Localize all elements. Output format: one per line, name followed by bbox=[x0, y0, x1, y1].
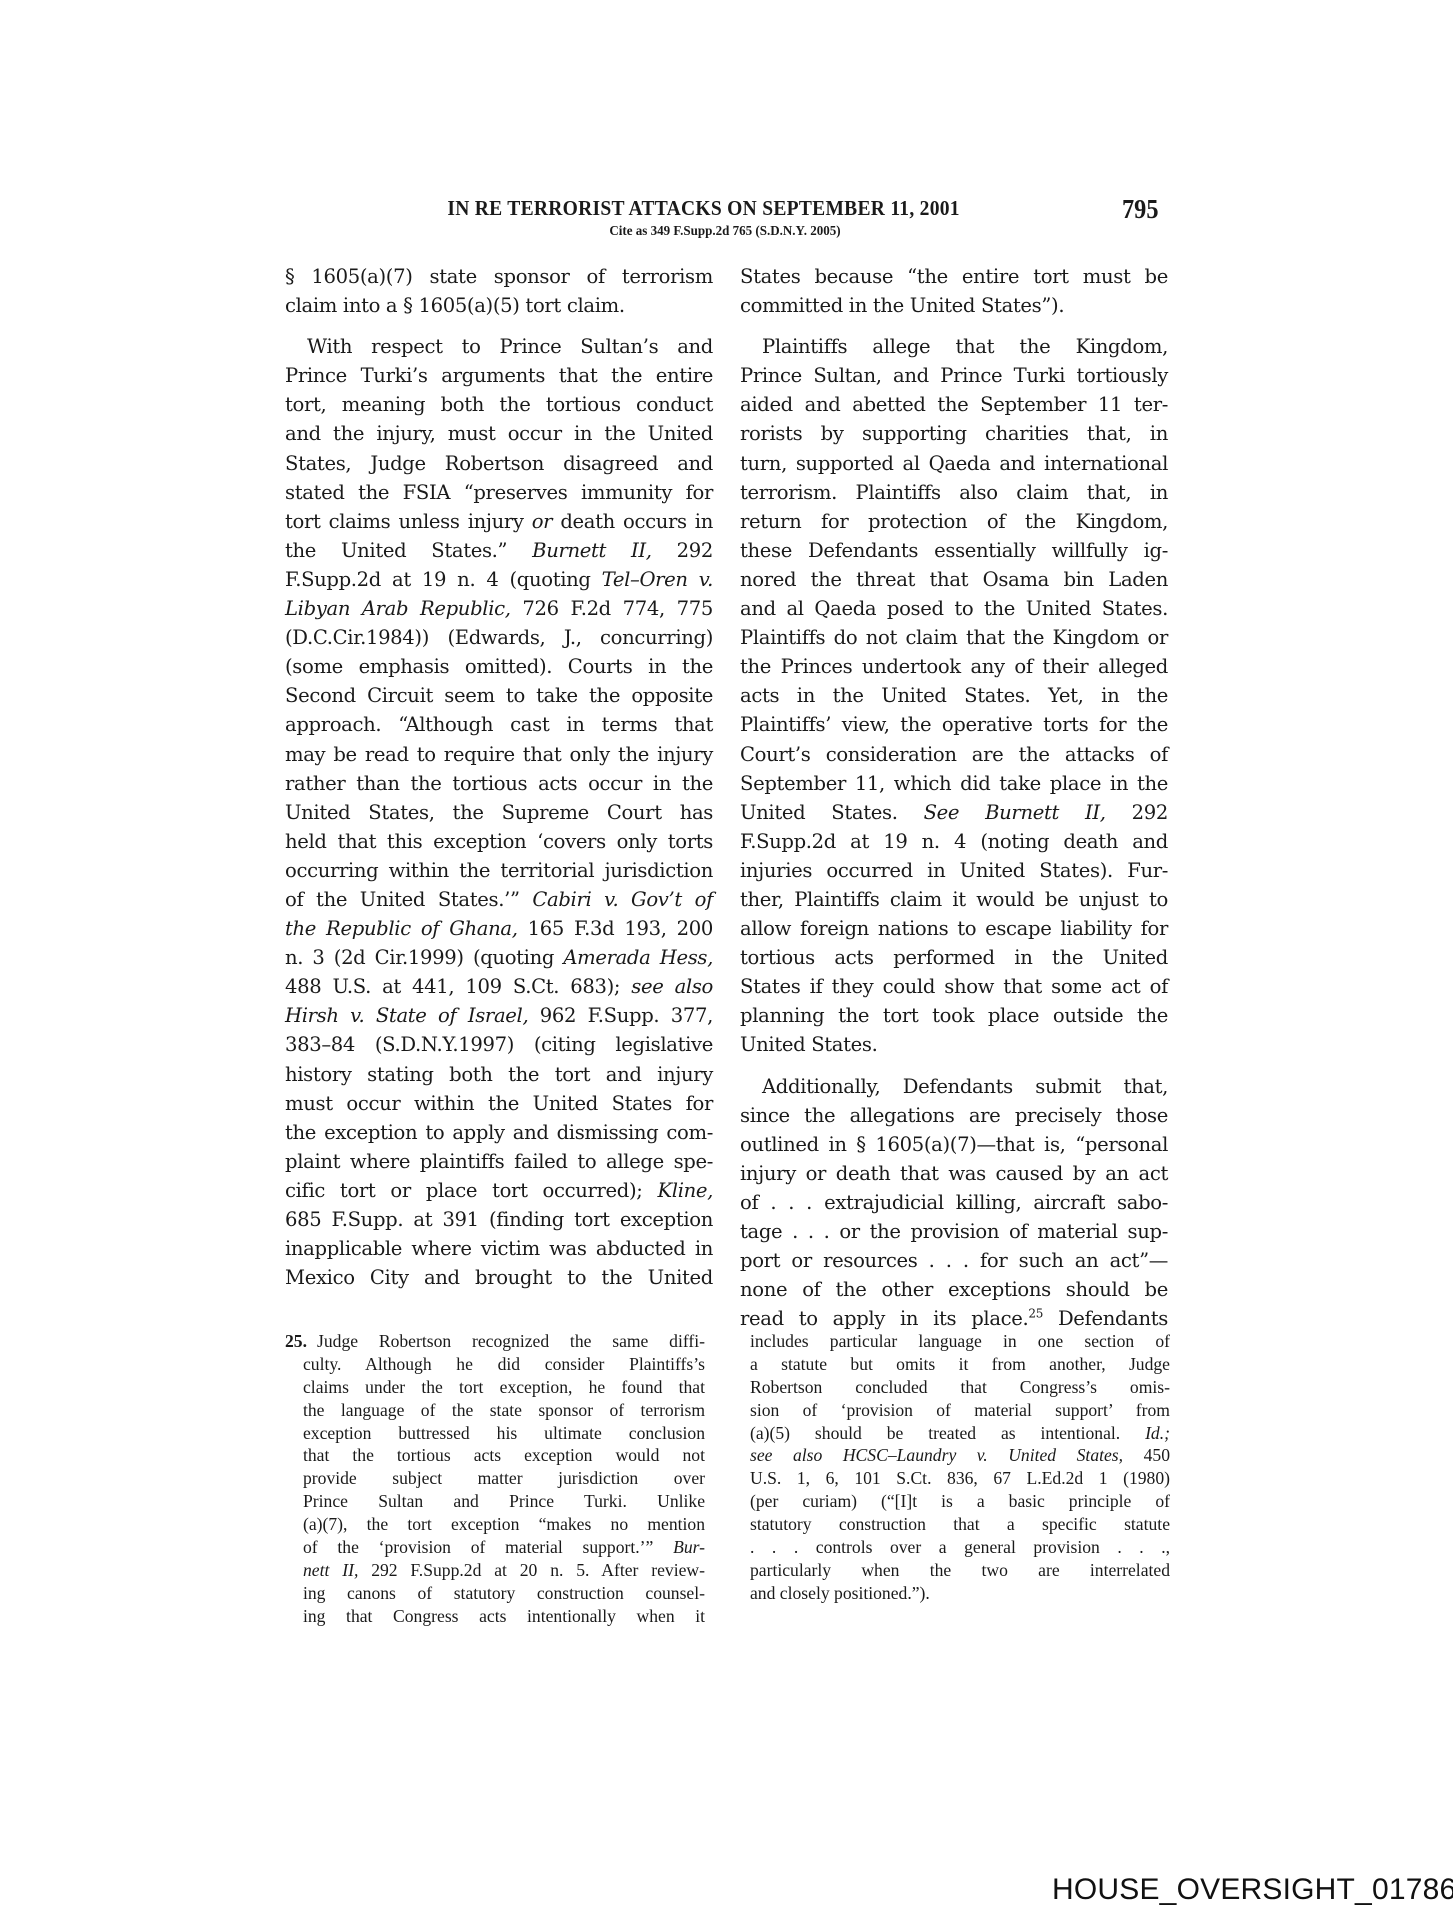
text-line: Court’s consideration are the attacks of bbox=[740, 740, 1168, 769]
text-line: return for protection of the Kingdom, bbox=[740, 507, 1168, 536]
left-column: § 1605(a)(7) state sponsor of terrorismc… bbox=[285, 262, 713, 1292]
case-citation: Cite as 349 F.Supp.2d 765 (S.D.N.Y. 2005… bbox=[404, 224, 1046, 240]
text-line: 488 U.S. at 441, 109 S.Ct. 683); see als… bbox=[285, 972, 713, 1001]
paragraph: Plaintiffs allege that the Kingdom,Princ… bbox=[740, 332, 1168, 1059]
paragraph: Additionally, Defendants submit that,sin… bbox=[740, 1072, 1168, 1334]
footnote-line: nett II, 292 F.Supp.2d at 20 n. 5. After… bbox=[285, 1559, 705, 1582]
text-line: since the allegations are precisely thos… bbox=[740, 1101, 1168, 1130]
document-page: IN RE TERRORIST ATTACKS ON SEPTEMBER 11,… bbox=[0, 0, 1453, 1920]
text-line: outlined in § 1605(a)(7)—that is, “perso… bbox=[740, 1130, 1168, 1159]
text-line: held that this exception ‘covers only to… bbox=[285, 827, 713, 856]
text-line: States because “the entire tort must be bbox=[740, 262, 1168, 291]
text-line: planning the tort took place outside the bbox=[740, 1001, 1168, 1030]
text-line: plaint where plaintiffs failed to allege… bbox=[285, 1147, 713, 1176]
text-line: Plaintiffs’ view, the operative torts fo… bbox=[740, 710, 1168, 739]
text-line: United States. See Burnett II, 292 bbox=[740, 798, 1168, 827]
text-line: allow foreign nations to escape liabilit… bbox=[740, 914, 1168, 943]
text-line: of . . . extrajudicial killing, aircraft… bbox=[740, 1188, 1168, 1217]
footnote-25-right: includes particular language in one sect… bbox=[750, 1330, 1170, 1605]
text-line: cific tort or place tort occurred); Klin… bbox=[285, 1176, 713, 1205]
text-line: Prince Sultan, and Prince Turki tortious… bbox=[740, 361, 1168, 390]
footnote-line: exception buttressed his ultimate conclu… bbox=[285, 1422, 705, 1445]
text-line: history stating both the tort and injury bbox=[285, 1060, 713, 1089]
text-line: injury or death that was caused by an ac… bbox=[740, 1159, 1168, 1188]
text-line: claim into a § 1605(a)(5) tort claim. bbox=[285, 291, 713, 320]
footnote-line: includes particular language in one sect… bbox=[750, 1330, 1170, 1353]
paragraph: States because “the entire tort must bec… bbox=[740, 262, 1168, 320]
footnote-line: (a)(7), the tort exception “makes no men… bbox=[285, 1513, 705, 1536]
paragraph: With respect to Prince Sultan’s andPrinc… bbox=[285, 332, 713, 1292]
text-line: With respect to Prince Sultan’s and bbox=[285, 332, 713, 361]
text-line: read to apply in its place.25 Defendants bbox=[740, 1304, 1168, 1333]
text-line: the Republic of Ghana, 165 F.3d 193, 200 bbox=[285, 914, 713, 943]
text-line: occurring within the territorial jurisdi… bbox=[285, 856, 713, 885]
text-line: Second Circuit seem to take the opposite bbox=[285, 681, 713, 710]
text-line: the Princes undertook any of their alleg… bbox=[740, 652, 1168, 681]
text-line: United States, the Supreme Court has bbox=[285, 798, 713, 827]
text-line: United States. bbox=[740, 1030, 1168, 1059]
text-line: none of the other exceptions should be bbox=[740, 1275, 1168, 1304]
text-line: Plaintiffs do not claim that the Kingdom… bbox=[740, 623, 1168, 652]
text-line: the United States.” Burnett II, 292 bbox=[285, 536, 713, 565]
text-line: of the United States.’” Cabiri v. Gov’t … bbox=[285, 885, 713, 914]
text-line: § 1605(a)(7) state sponsor of terrorism bbox=[285, 262, 713, 291]
case-title: IN RE TERRORIST ATTACKS ON SEPTEMBER 11,… bbox=[406, 196, 1001, 221]
text-line: tort claims unless injury or death occur… bbox=[285, 507, 713, 536]
running-head: IN RE TERRORIST ATTACKS ON SEPTEMBER 11,… bbox=[380, 196, 1180, 256]
text-line: Plaintiffs allege that the Kingdom, bbox=[740, 332, 1168, 361]
text-line: terrorism. Plaintiffs also claim that, i… bbox=[740, 478, 1168, 507]
footnote-line: Prince Sultan and Prince Turki. Unlike bbox=[285, 1490, 705, 1513]
text-line: and al Qaeda posed to the United States. bbox=[740, 594, 1168, 623]
text-line: nored the threat that Osama bin Laden bbox=[740, 565, 1168, 594]
text-line: turn, supported al Qaeda and internation… bbox=[740, 449, 1168, 478]
text-line: Libyan Arab Republic, 726 F.2d 774, 775 bbox=[285, 594, 713, 623]
text-line: injuries occurred in United States). Fur… bbox=[740, 856, 1168, 885]
text-line: acts in the United States. Yet, in the bbox=[740, 681, 1168, 710]
footnote-line: ing canons of statutory construction cou… bbox=[285, 1582, 705, 1605]
bates-number: HOUSE_OVERSIGHT_017860 bbox=[1052, 1873, 1453, 1907]
footnote-line: . . . controls over a general provision … bbox=[750, 1536, 1170, 1559]
text-line: States if they could show that some act … bbox=[740, 972, 1168, 1001]
text-line: tortious acts performed in the United bbox=[740, 943, 1168, 972]
text-line: may be read to require that only the inj… bbox=[285, 740, 713, 769]
text-line: inapplicable where victim was abducted i… bbox=[285, 1234, 713, 1263]
text-line: 685 F.Supp. at 391 (finding tort excepti… bbox=[285, 1205, 713, 1234]
text-line: Prince Turki’s arguments that the entire bbox=[285, 361, 713, 390]
footnote-line: statutory construction that a specific s… bbox=[750, 1513, 1170, 1536]
page-number: 795 bbox=[1122, 194, 1158, 225]
text-line: F.Supp.2d at 19 n. 4 (noting death and bbox=[740, 827, 1168, 856]
text-line: Additionally, Defendants submit that, bbox=[740, 1072, 1168, 1101]
footnote-line: of the ‘provision of material support.’”… bbox=[285, 1536, 705, 1559]
text-line: rorists by supporting charities that, in bbox=[740, 419, 1168, 448]
text-line: must occur within the United States for bbox=[285, 1089, 713, 1118]
footnote-line: Robertson concluded that Congress’s omis… bbox=[750, 1376, 1170, 1399]
footnote-line: that the tortious acts exception would n… bbox=[285, 1444, 705, 1467]
paragraph: § 1605(a)(7) state sponsor of terrorismc… bbox=[285, 262, 713, 320]
text-line: Hirsh v. State of Israel, 962 F.Supp. 37… bbox=[285, 1001, 713, 1030]
text-line: aided and abetted the September 11 ter- bbox=[740, 390, 1168, 419]
text-line: these Defendants essentially willfully i… bbox=[740, 536, 1168, 565]
text-line: F.Supp.2d at 19 n. 4 (quoting Tel–Oren v… bbox=[285, 565, 713, 594]
footnote-line: (a)(5) should be treated as intentional.… bbox=[750, 1422, 1170, 1445]
footnote-line: and closely positioned.”). bbox=[750, 1582, 1170, 1605]
text-line: (some emphasis omitted). Courts in the bbox=[285, 652, 713, 681]
text-line: (D.C.Cir.1984)) (Edwards, J., concurring… bbox=[285, 623, 713, 652]
text-line: rather than the tortious acts occur in t… bbox=[285, 769, 713, 798]
footnote-line: 25.Judge Robertson recognized the same d… bbox=[285, 1330, 705, 1353]
footnote-line: culty. Although he did consider Plaintif… bbox=[285, 1353, 705, 1376]
text-line: tort, meaning both the tortious conduct bbox=[285, 390, 713, 419]
footnote-line: sion of ‘provision of material support’ … bbox=[750, 1399, 1170, 1422]
footnote-line: U.S. 1, 6, 101 S.Ct. 836, 67 L.Ed.2d 1 (… bbox=[750, 1467, 1170, 1490]
footnote-number: 25. bbox=[285, 1331, 307, 1351]
text-line: port or resources . . . for such an act”… bbox=[740, 1246, 1168, 1275]
footnote-line: particularly when the two are interrelat… bbox=[750, 1559, 1170, 1582]
text-line: n. 3 (2d Cir.1999) (quoting Amerada Hess… bbox=[285, 943, 713, 972]
text-line: September 11, which did take place in th… bbox=[740, 769, 1168, 798]
footnote-line: ing that Congress acts intentionally whe… bbox=[285, 1605, 705, 1628]
footnote-ref: 25 bbox=[1028, 1307, 1043, 1321]
text-line: the exception to apply and dismissing co… bbox=[285, 1118, 713, 1147]
text-line: committed in the United States”). bbox=[740, 291, 1168, 320]
footnote-25-left: 25.Judge Robertson recognized the same d… bbox=[285, 1330, 705, 1628]
footnote-line: claims under the tort exception, he foun… bbox=[285, 1376, 705, 1399]
footnote-line: the language of the state sponsor of ter… bbox=[285, 1399, 705, 1422]
footnote-line: see also HCSC–Laundry v. United States, … bbox=[750, 1444, 1170, 1467]
footnote-line: a statute but omits it from another, Jud… bbox=[750, 1353, 1170, 1376]
text-line: States, Judge Robertson disagreed and bbox=[285, 449, 713, 478]
text-line: Mexico City and brought to the United bbox=[285, 1263, 713, 1292]
footnote-line: (per curiam) (“[I]t is a basic principle… bbox=[750, 1490, 1170, 1513]
footnote-line: provide subject matter jurisdiction over bbox=[285, 1467, 705, 1490]
text-line: approach. “Although cast in terms that bbox=[285, 710, 713, 739]
right-column: States because “the entire tort must bec… bbox=[740, 262, 1168, 1333]
text-line: tage . . . or the provision of material … bbox=[740, 1217, 1168, 1246]
text-line: stated the FSIA “preserves immunity for bbox=[285, 478, 713, 507]
text-line: and the injury, must occur in the United bbox=[285, 419, 713, 448]
text-line: ther, Plaintiffs claim it would be unjus… bbox=[740, 885, 1168, 914]
text-line: 383–84 (S.D.N.Y.1997) (citing legislativ… bbox=[285, 1030, 713, 1059]
